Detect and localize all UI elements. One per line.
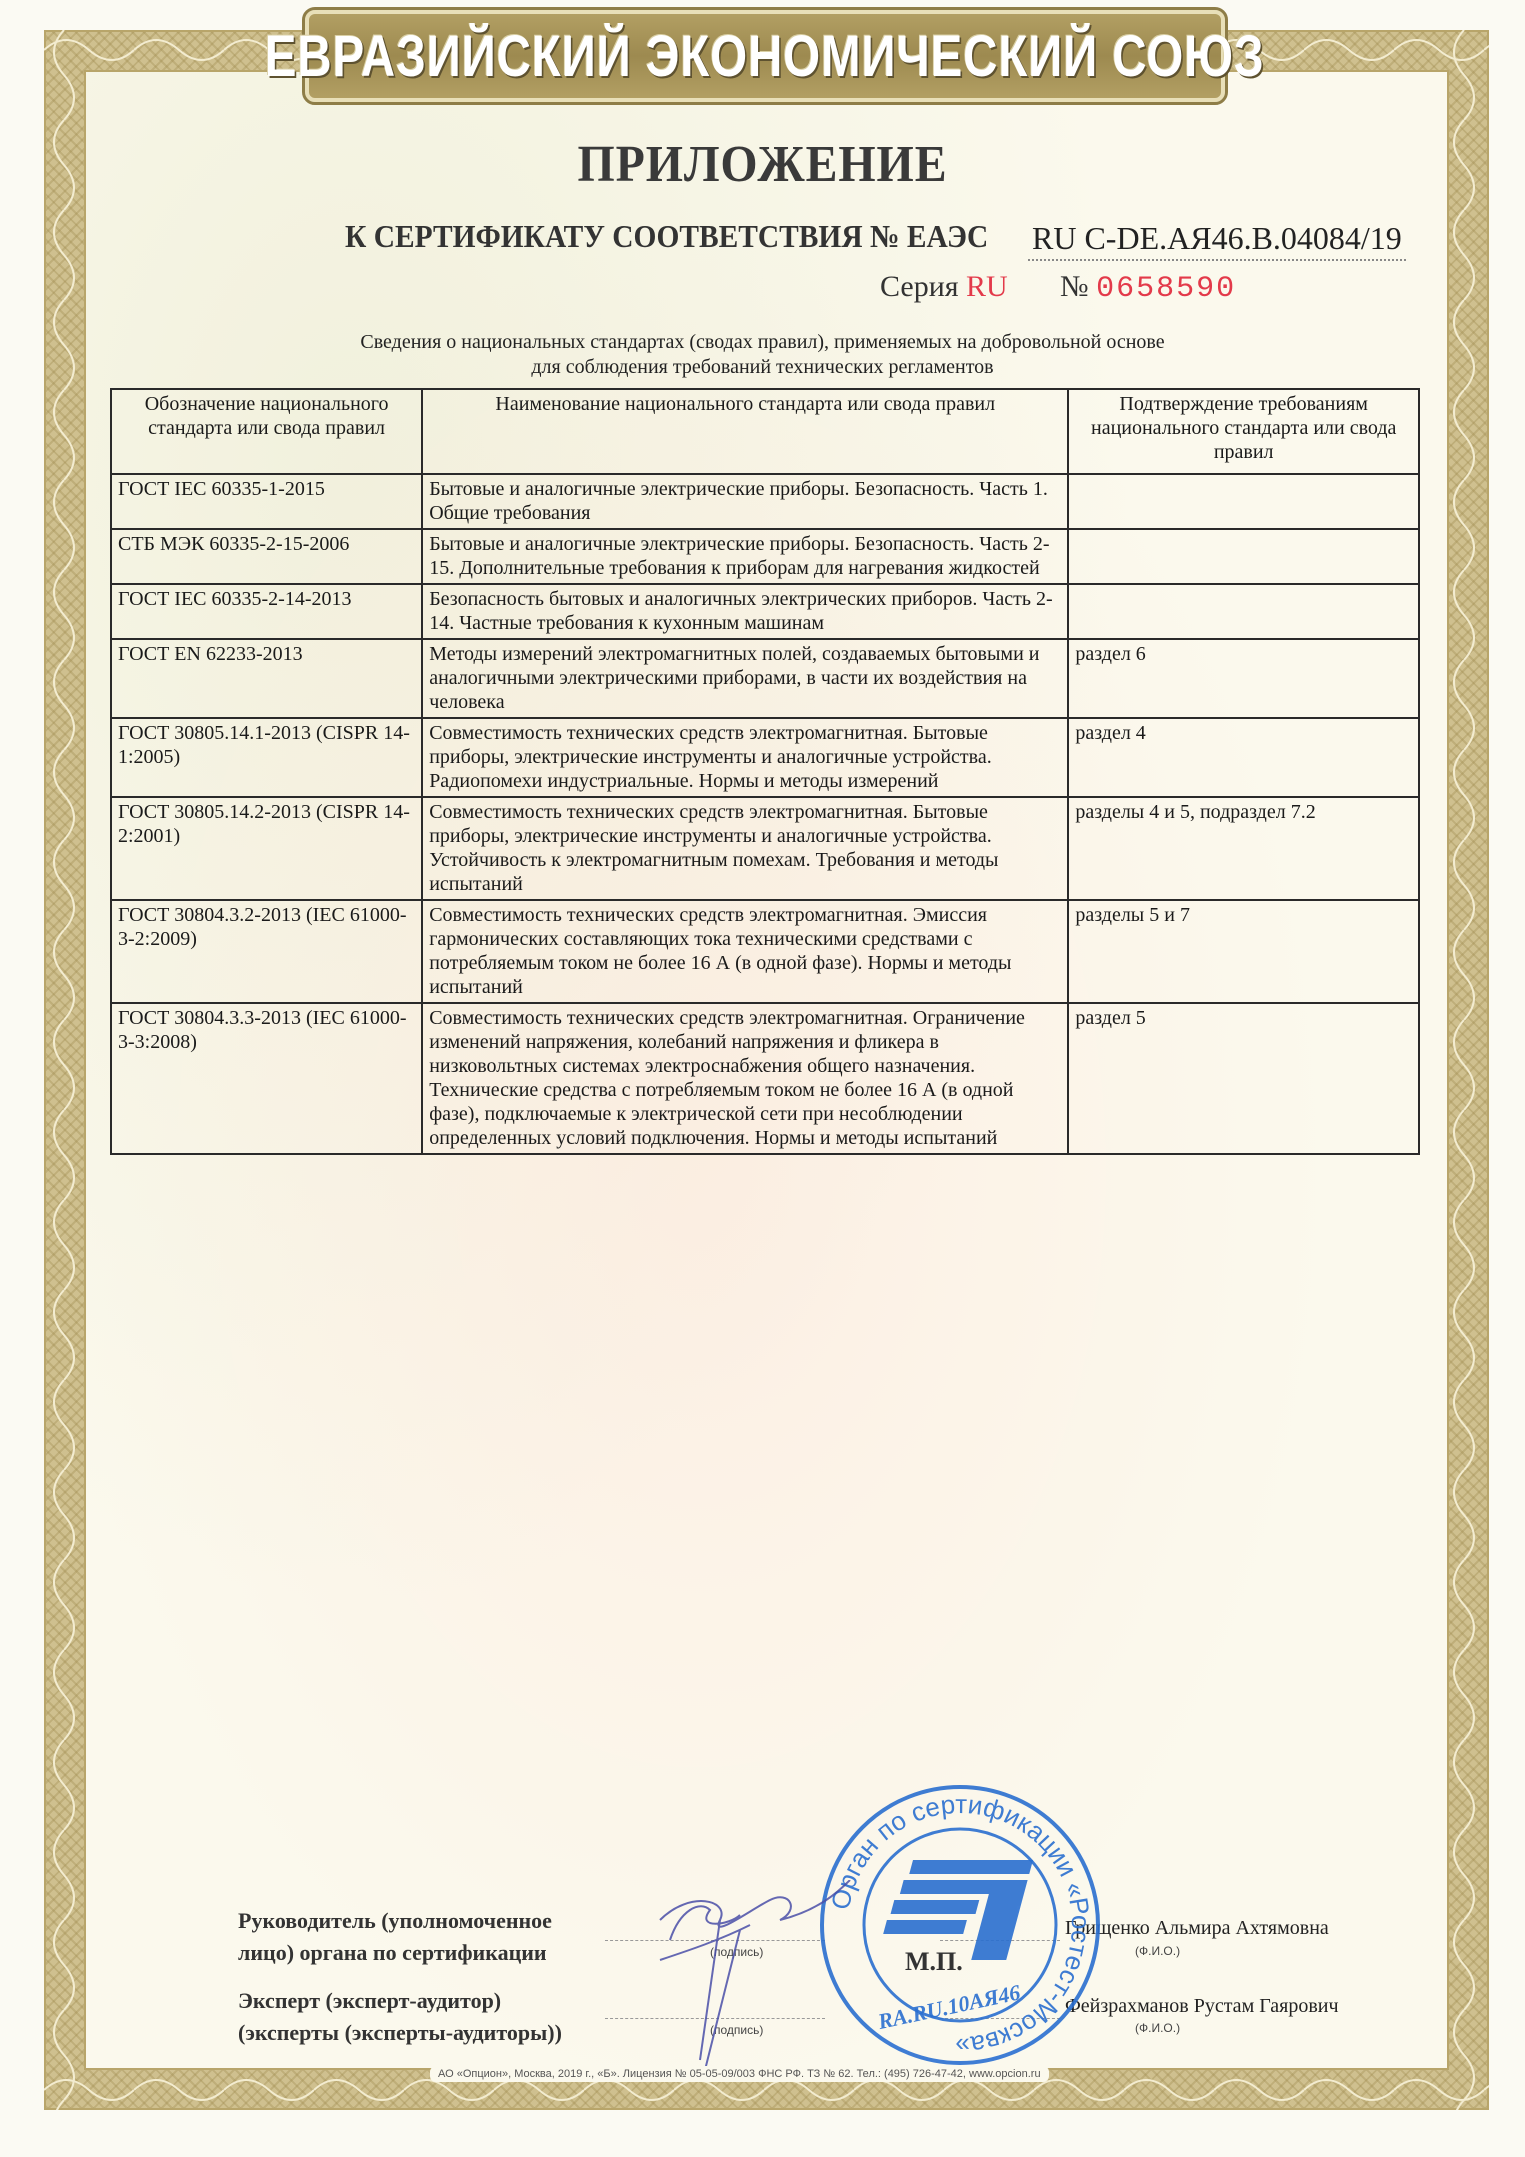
standard-code: ГОСТ 30805.14.2-2013 (CISPR 14-2:2001) [111,797,422,900]
table-row: СТБ МЭК 60335-2-15-2006Бытовые и аналоги… [111,529,1419,584]
standard-name: Совместимость технических средств электр… [422,718,1068,797]
standard-code: ГОСТ 30804.3.3-2013 (IEC 61000-3-3:2008) [111,1003,422,1154]
expert-name-hint: (Ф.И.О.) [1135,2021,1180,2035]
standard-confirmation: раздел 5 [1068,1003,1419,1154]
standard-name: Безопасность бытовых и аналогичных элект… [422,584,1068,639]
table-row: ГОСТ 30804.3.3-2013 (IEC 61000-3-3:2008)… [111,1003,1419,1154]
intro-line-2: для соблюдения требований технических ре… [0,355,1525,380]
table-row: ГОСТ 30804.3.2-2013 (IEC 61000-3-2:2009)… [111,900,1419,1003]
table-row: ГОСТ 30805.14.2-2013 (CISPR 14-2:2001)Со… [111,797,1419,900]
page-title: ПРИЛОЖЕНИЕ [61,135,1464,194]
table-header-row: Обозначение национального стандарта или … [111,389,1419,474]
intro-line-1: Сведения о национальных стандартах (свод… [0,330,1525,355]
head-name-hint: (Ф.И.О.) [1135,1944,1180,1958]
standard-code: ГОСТ IEC 60335-2-14-2013 [111,584,422,639]
standards-intro: Сведения о национальных стандартах (свод… [0,330,1525,380]
standard-confirmation: разделы 5 и 7 [1068,900,1419,1003]
expert-label: Эксперт (эксперт-аудитор) (эксперты (экс… [238,1985,562,2049]
standard-name: Совместимость технических средств электр… [422,797,1068,900]
expert-name: Фейзрахманов Рустам Гаярович [1065,1995,1339,2018]
standard-code: ГОСТ 30805.14.1-2013 (CISPR 14-1:2005) [111,718,422,797]
standard-name: Методы измерений электромагнитных полей,… [422,639,1068,718]
series-label: Серия [880,270,959,303]
printer-note: АО «Опцион», Москва, 2019 г., «Б». Лицен… [430,2066,1049,2082]
certificate-label: К СЕРТИФИКАТУ СООТВЕТСТВИЯ № ЕАЭС [345,218,988,255]
standard-confirmation: раздел 6 [1068,639,1419,718]
head-label: Руководитель (уполномоченное лицо) орган… [238,1905,552,1969]
standard-code: ГОСТ IEC 60335-1-2015 [111,474,422,529]
table-row: ГОСТ 30805.14.1-2013 (CISPR 14-1:2005)Со… [111,718,1419,797]
handwritten-signature [600,1880,860,2140]
table-row: ГОСТ IEC 60335-1-2015Бытовые и аналогичн… [111,474,1419,529]
standard-code: ГОСТ EN 62233-2013 [111,639,422,718]
form-number: № 0658590 [1060,270,1236,306]
series: Серия RU [880,270,1008,304]
union-banner: ЕВРАЗИЙСКИЙ ЭКОНОМИЧЕСКИЙ СОЮЗ [305,10,1225,102]
header-confirm: Подтверждение требованиям национального … [1068,389,1419,474]
standards-table: Обозначение национального стандарта или … [110,388,1420,1155]
number-label: № [1060,270,1089,303]
standard-confirmation [1068,474,1419,529]
standard-name: Бытовые и аналогичные электрические приб… [422,474,1068,529]
certificate-number: RU C-DE.АЯ46.В.04084/19 [1028,220,1406,261]
standard-name: Бытовые и аналогичные электрические приб… [422,529,1068,584]
series-value: RU [966,270,1008,303]
standard-confirmation: раздел 4 [1068,718,1419,797]
seal-placeholder: М.П. [905,1947,963,1977]
standard-confirmation: разделы 4 и 5, подраздел 7.2 [1068,797,1419,900]
standard-confirmation [1068,584,1419,639]
header-name: Наименование национального стандарта или… [422,389,1068,474]
table-row: ГОСТ IEC 60335-2-14-2013Безопасность быт… [111,584,1419,639]
standard-code: СТБ МЭК 60335-2-15-2006 [111,529,422,584]
standard-name: Совместимость технических средств электр… [422,1003,1068,1154]
expert-label-line-2: (эксперты (эксперты-аудиторы)) [238,2017,562,2049]
table-row: ГОСТ EN 62233-2013Методы измерений элект… [111,639,1419,718]
standard-code: ГОСТ 30804.3.2-2013 (IEC 61000-3-2:2009) [111,900,422,1003]
union-title: ЕВРАЗИЙСКИЙ ЭКОНОМИЧЕСКИЙ СОЮЗ [265,23,1265,90]
number-value: 0658590 [1096,272,1236,306]
head-label-line-1: Руководитель (уполномоченное [238,1905,552,1937]
header-code: Обозначение национального стандарта или … [111,389,422,474]
standard-confirmation [1068,529,1419,584]
head-label-line-2: лицо) органа по сертификации [238,1937,552,1969]
standard-name: Совместимость технических средств электр… [422,900,1068,1003]
expert-label-line-1: Эксперт (эксперт-аудитор) [238,1985,562,2017]
certificate-heading: К СЕРТИФИКАТУ СООТВЕТСТВИЯ № ЕАЭС [345,218,1044,255]
